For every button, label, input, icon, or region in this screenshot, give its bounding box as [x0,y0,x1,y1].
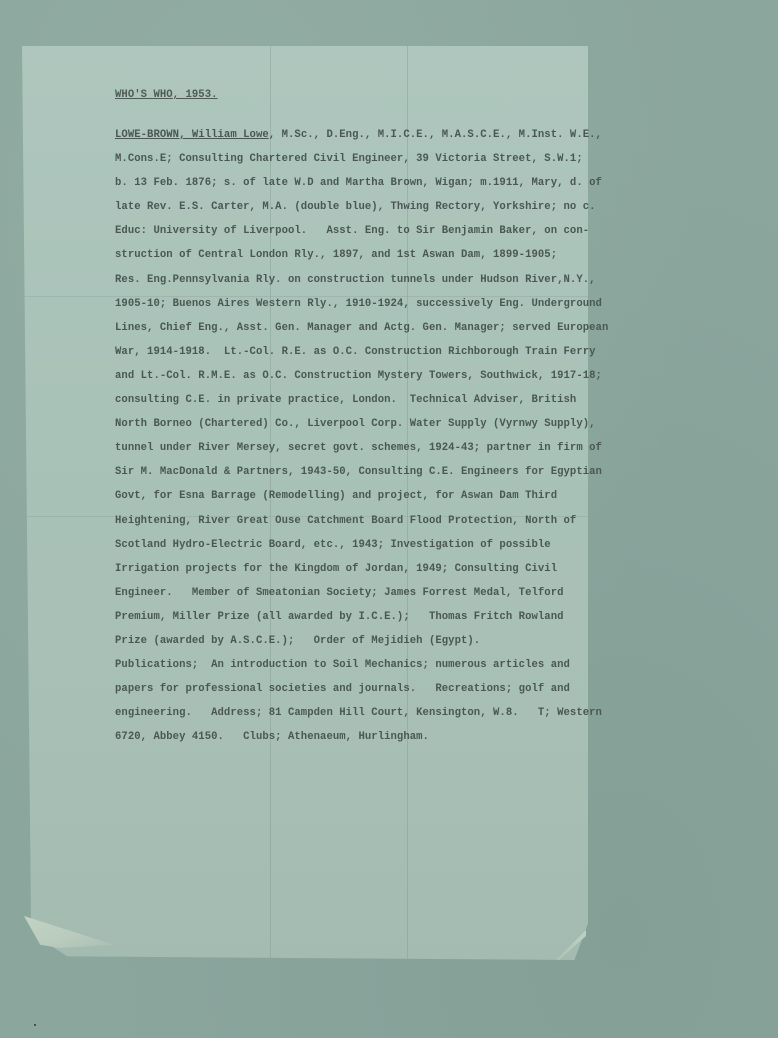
entry-line: Irrigation projects for the Kingdom of J… [115,561,585,585]
entry-line: tunnel under River Mersey, secret govt. … [115,440,585,464]
entry-line: 1905-10; Buenos Aires Western Rly., 1910… [115,296,585,320]
entry-line: struction of Central London Rly., 1897, … [115,247,585,271]
entry-line: Engineer. Member of Smeatonian Society; … [115,585,585,609]
entry-line: Premium, Miller Prize (all awarded by I.… [115,609,585,633]
entry-line: late Rev. E.S. Carter, M.A. (double blue… [115,199,585,223]
entry-line: Educ: University of Liverpool. Asst. Eng… [115,223,585,247]
entry-line: Sir M. MacDonald & Partners, 1943-50, Co… [115,464,585,488]
entry-line: and Lt.-Col. R.M.E. as O.C. Construction… [115,368,585,392]
entry-line: Lines, Chief Eng., Asst. Gen. Manager an… [115,320,585,344]
entry-line: 6720, Abbey 4150. Clubs; Athenaeum, Hurl… [115,729,585,753]
entry-line: papers for professional societies and jo… [115,681,585,705]
entry-line: Publications; An introduction to Soil Me… [115,657,585,681]
entry-line: LOWE-BROWN, William Lowe, M.Sc., D.Eng.,… [115,127,585,151]
entry-line: engineering. Address; 81 Campden Hill Co… [115,705,585,729]
entry-line: War, 1914-1918. Lt.-Col. R.E. as O.C. Co… [115,344,585,368]
entry-line: consulting C.E. in private practice, Lon… [115,392,585,416]
entry-name: LOWE-BROWN, William Lowe [115,129,269,141]
document-body: WHO'S WHO, 1953. LOWE-BROWN, William Low… [115,89,585,753]
document-heading: WHO'S WHO, 1953. [115,89,585,107]
entry-line: North Borneo (Chartered) Co., Liverpool … [115,416,585,440]
entry-line: Govt, for Esna Barrage (Remodelling) and… [115,488,585,512]
entry-line: Heightening, River Great Ouse Catchment … [115,513,585,537]
entry-line: Scotland Hydro-Electric Board, etc., 194… [115,537,585,561]
entry-line: Res. Eng.Pennsylvania Rly. on constructi… [115,272,585,296]
dust-speck [34,1024,36,1026]
entry-line: M.Cons.E; Consulting Chartered Civil Eng… [115,151,585,175]
entry-line: b. 13 Feb. 1876; s. of late W.D and Mart… [115,175,585,199]
biography-entry: LOWE-BROWN, William Lowe, M.Sc., D.Eng.,… [115,127,585,753]
entry-line: Prize (awarded by A.S.C.E.); Order of Me… [115,633,585,657]
